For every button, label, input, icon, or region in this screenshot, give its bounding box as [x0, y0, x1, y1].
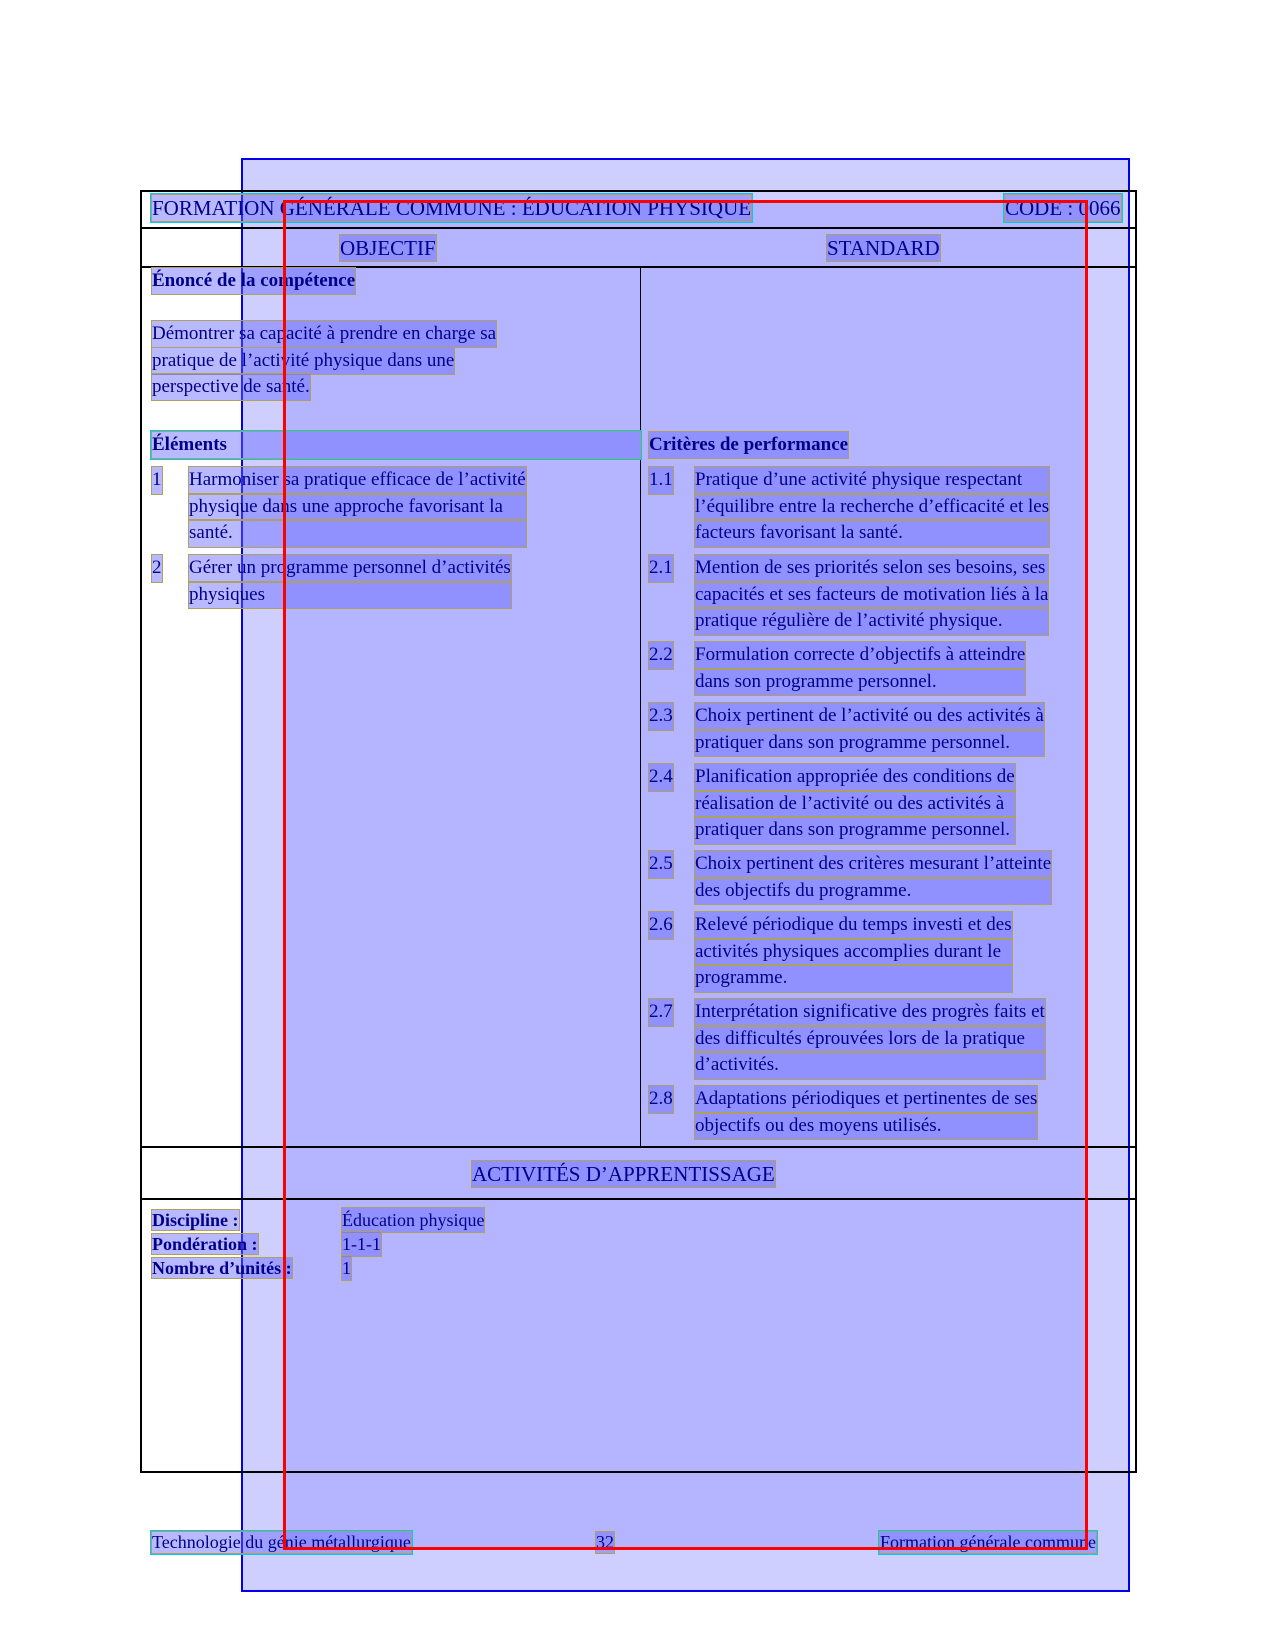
content-region-outline: [283, 200, 1088, 1550]
info-label: Pondération :: [152, 1234, 258, 1254]
document-page: FORMATION GÉNÉRALE COMMUNE : ÉDUCATION P…: [0, 0, 1275, 1651]
info-row-units: Nombre d’unités : 1: [152, 1256, 292, 1280]
info-row-discipline: Discipline : Éducation physique: [152, 1208, 239, 1232]
info-label: Discipline :: [152, 1210, 239, 1230]
info-label: Nombre d’unités :: [152, 1258, 292, 1278]
element-number: 2: [152, 555, 162, 582]
element-number: 1: [152, 467, 162, 494]
info-row-ponderation: Pondération : 1-1-1: [152, 1232, 258, 1256]
